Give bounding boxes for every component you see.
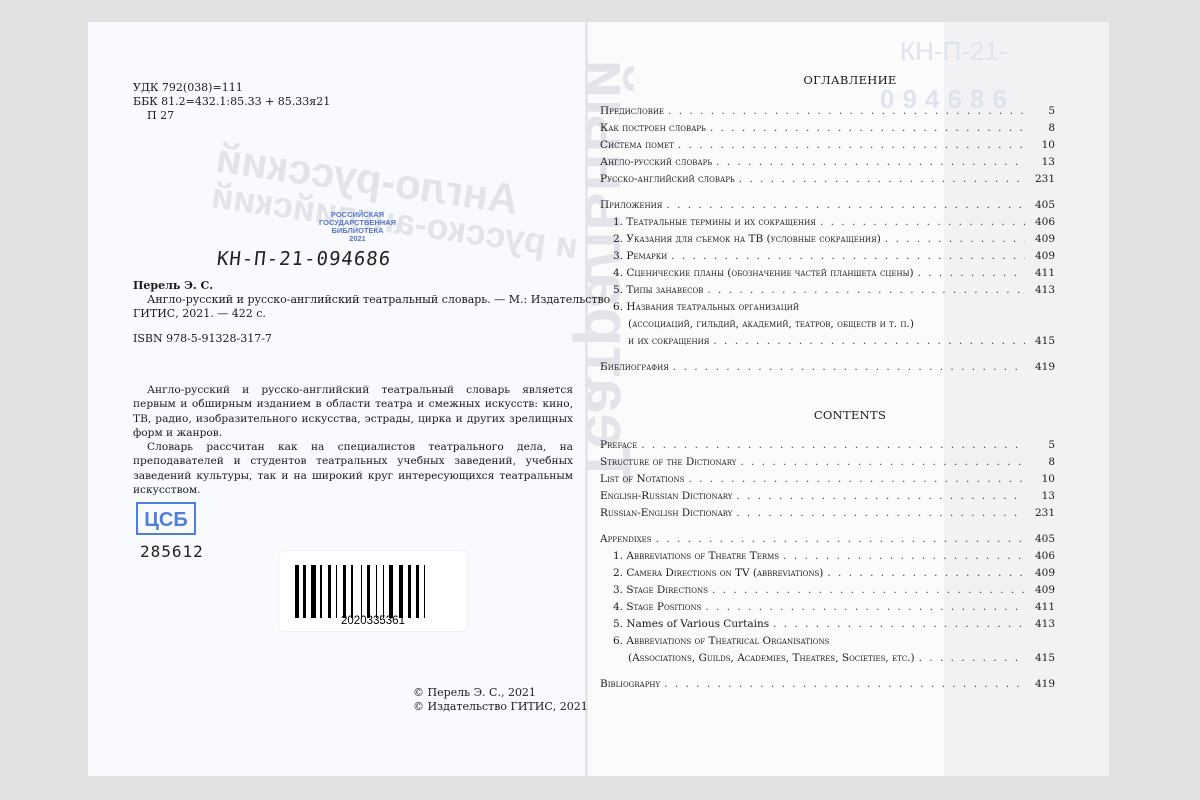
classification-codes: УДК 792(038)=111 ББК 81.2=432.1:85.33 + … — [133, 81, 330, 123]
toc-entry-page: 8 — [1029, 120, 1055, 137]
toc-entry: English-Russian Dictionary13 — [600, 488, 1055, 505]
toc-entry: List of Notations10 — [600, 471, 1055, 488]
leader-dots — [641, 437, 1025, 454]
annotation-paragraph: Англо-русский и русско-английский театра… — [133, 383, 573, 440]
toc-entry: Библиография419 — [600, 359, 1055, 376]
toc-entry-label: Англо-русский словарь — [600, 154, 712, 171]
toc-entry-label: 4. Сценические планы (обозначение частей… — [600, 265, 914, 282]
toc-entry: 4. Сценические планы (обозначение частей… — [600, 265, 1055, 282]
toc-entry: Предисловие5 — [600, 103, 1055, 120]
toc-entry-label: 2. Указания для съемок на ТВ (условные с… — [600, 231, 881, 248]
toc-entry: Система помет10 — [600, 137, 1055, 154]
toc-entry: 6. Названия театральных организаций — [600, 299, 1055, 316]
toc-entry-label: и их сокращения — [600, 333, 709, 350]
toc-en-title: CONTENTS — [600, 408, 1100, 422]
toc-entry: Приложения405 — [600, 197, 1055, 214]
toc-entry: Preface5 — [600, 437, 1055, 454]
toc-entry-label: 5. Names of Various Curtains — [600, 616, 769, 633]
toc-entry-label: Preface — [600, 437, 637, 454]
toc-entry-page: 413 — [1029, 282, 1055, 299]
leader-dots — [918, 265, 1025, 282]
toc-entry-label: Bibliography — [600, 676, 660, 693]
toc-entry-page: 409 — [1029, 248, 1055, 265]
annotation-paragraph: Словарь рассчитан как на специалистов те… — [133, 440, 573, 497]
library-stamp: РОССИЙСКАЯ ГОСУДАРСТВЕННАЯ БИБЛИОТЕКА 20… — [310, 211, 405, 243]
leader-dots — [707, 282, 1025, 299]
toc-entry-label: 5. Типы занавесов — [600, 282, 703, 299]
toc-entry-page: 231 — [1029, 505, 1055, 522]
toc-entry-page: 405 — [1029, 531, 1055, 548]
toc-entry-page: 406 — [1029, 548, 1055, 565]
toc-entry-page: 411 — [1029, 599, 1055, 616]
toc-entry-label: Structure of the Dictionary — [600, 454, 736, 471]
toc-entry: Structure of the Dictionary8 — [600, 454, 1055, 471]
author-name: Перель Э. С. — [133, 279, 610, 293]
leader-dots — [710, 120, 1025, 137]
toc-entry: Appendixes405 — [600, 531, 1055, 548]
toc-ru-title: ОГЛАВЛЕНИЕ — [600, 73, 1100, 87]
toc-entry: Русско-английский словарь231 — [600, 171, 1055, 188]
leader-dots — [666, 197, 1025, 214]
toc-entry-page: 10 — [1029, 137, 1055, 154]
toc-entry-label: Система помет — [600, 137, 674, 154]
stamp-line: 2021 — [310, 235, 405, 243]
toc-entry-page: 409 — [1029, 582, 1055, 599]
leader-dots — [739, 171, 1025, 188]
udk-code: УДК 792(038)=111 — [133, 81, 330, 95]
toc-entry-page: 409 — [1029, 231, 1055, 248]
leader-dots — [671, 248, 1025, 265]
toc-entry: (Associations, Guilds, Academies, Theatr… — [600, 650, 1055, 667]
toc-entry-label: 2. Camera Directions on TV (abbreviation… — [600, 565, 823, 582]
toc-entry-page: 5 — [1029, 103, 1055, 120]
toc-entry: 1. Театральные термины и их сокращения40… — [600, 214, 1055, 231]
csb-stamp: ЦСБ — [136, 502, 196, 535]
toc-entry-label: 3. Stage Directions — [600, 582, 708, 599]
toc-entry-label: 4. Stage Positions — [600, 599, 701, 616]
leader-dots — [705, 599, 1025, 616]
barcode-sticker: 2020335361 — [279, 551, 467, 631]
toc-entry-label: Библиография — [600, 359, 669, 376]
toc-entry-label: 1. Театральные термины и их сокращения — [600, 214, 816, 231]
toc-entry: Bibliography419 — [600, 676, 1055, 693]
toc-entry: 5. Типы занавесов413 — [600, 282, 1055, 299]
toc-entry-page: 406 — [1029, 214, 1055, 231]
toc-entry-label: 6. Abbreviations of Theatrical Organisat… — [600, 633, 829, 650]
toc-entry-label: Приложения — [600, 197, 662, 214]
bbk-code: ББК 81.2=432.1:85.33 + 85.33я21 — [133, 95, 330, 109]
copyright-line: © Издательство ГИТИС, 2021 — [413, 700, 588, 714]
bibliographic-line: Англо-русский и русско-английский театра… — [133, 293, 610, 307]
toc-entry: и их сокращения415 — [600, 333, 1055, 350]
toc-entry-page: 419 — [1029, 676, 1055, 693]
author-mark: П 27 — [133, 109, 330, 123]
toc-entry-page: 13 — [1029, 488, 1055, 505]
toc-russian: Предисловие5Как построен словарь8Система… — [600, 103, 1055, 376]
leader-dots — [919, 650, 1025, 667]
toc-entry: 1. Abbreviations of Theatre Terms406 — [600, 548, 1055, 565]
toc-entry-label: List of Notations — [600, 471, 684, 488]
isbn: ISBN 978-5-91328-317-7 — [133, 332, 272, 346]
leader-dots — [885, 231, 1025, 248]
toc-entry-page: 415 — [1029, 650, 1055, 667]
toc-entry-page: 10 — [1029, 471, 1055, 488]
leader-dots — [773, 616, 1025, 633]
annotation: Англо-русский и русско-английский театра… — [133, 383, 573, 497]
toc-entry-label: 1. Abbreviations of Theatre Terms — [600, 548, 779, 565]
toc-entry-page: 8 — [1029, 454, 1055, 471]
toc-entry: 4. Stage Positions411 — [600, 599, 1055, 616]
toc-entry-label: English-Russian Dictionary — [600, 488, 732, 505]
leader-dots — [656, 531, 1025, 548]
leader-dots — [688, 471, 1025, 488]
handwritten-inventory-number: 285612 — [140, 542, 204, 561]
toc-english: Preface5Structure of the Dictionary8List… — [600, 437, 1055, 693]
toc-entry-label: 3. Ремарки — [600, 248, 667, 265]
leader-dots — [712, 582, 1025, 599]
leader-dots — [736, 488, 1025, 505]
toc-entry: Russian-English Dictionary231 — [600, 505, 1055, 522]
toc-entry: 6. Abbreviations of Theatrical Organisat… — [600, 633, 1055, 650]
leader-dots — [827, 565, 1025, 582]
toc-entry: (ассоциаций, гильдий, академий, театров,… — [600, 316, 1055, 333]
copyright-line: © Перель Э. С., 2021 — [413, 686, 588, 700]
barcode-number: 2020335361 — [279, 615, 467, 627]
handwritten-accession-code: КН-П-21-094686 — [216, 248, 392, 270]
barcode-icon — [295, 565, 455, 618]
toc-entry: 5. Names of Various Curtains413 — [600, 616, 1055, 633]
copyright: © Перель Э. С., 2021 © Издательство ГИТИ… — [413, 686, 588, 714]
leader-dots — [783, 548, 1025, 565]
leader-dots — [716, 154, 1025, 171]
toc-entry-page: 411 — [1029, 265, 1055, 282]
toc-entry-label: Appendixes — [600, 531, 652, 548]
toc-entry-label: Русско-английский словарь — [600, 171, 735, 188]
leader-dots — [678, 137, 1025, 154]
toc-entry-label: Russian-English Dictionary — [600, 505, 732, 522]
toc-entry-page: 405 — [1029, 197, 1055, 214]
show-through-text: КН-П-21- — [900, 36, 1008, 67]
toc-entry-page: 13 — [1029, 154, 1055, 171]
toc-entry-label: Как построен словарь — [600, 120, 706, 137]
bibliographic-record: Перель Э. С. Англо-русский и русско-англ… — [133, 279, 610, 321]
toc-entry: 2. Camera Directions on TV (abbreviation… — [600, 565, 1055, 582]
toc-entry-page: 415 — [1029, 333, 1055, 350]
leader-dots — [673, 359, 1025, 376]
toc-entry: 2. Указания для съемок на ТВ (условные с… — [600, 231, 1055, 248]
toc-entry-page: 413 — [1029, 616, 1055, 633]
toc-entry: Англо-русский словарь13 — [600, 154, 1055, 171]
toc-entry-page: 231 — [1029, 171, 1055, 188]
leader-dots — [736, 505, 1025, 522]
toc-entry-label: Предисловие — [600, 103, 664, 120]
bibliographic-line: ГИТИС, 2021. — 422 с. — [133, 307, 610, 321]
toc-entry-page: 5 — [1029, 437, 1055, 454]
toc-entry: 3. Ремарки409 — [600, 248, 1055, 265]
toc-entry-label: (Associations, Guilds, Academies, Theatr… — [600, 650, 915, 667]
toc-entry: Как построен словарь8 — [600, 120, 1055, 137]
leader-dots — [713, 333, 1025, 350]
toc-entry-page: 419 — [1029, 359, 1055, 376]
toc-entry: 3. Stage Directions409 — [600, 582, 1055, 599]
leader-dots — [820, 214, 1025, 231]
toc-entry-page: 409 — [1029, 565, 1055, 582]
toc-entry-label: (ассоциаций, гильдий, академий, театров,… — [600, 316, 914, 333]
leader-dots — [668, 103, 1025, 120]
leader-dots — [740, 454, 1025, 471]
leader-dots — [664, 676, 1025, 693]
toc-entry-label: 6. Названия театральных организаций — [600, 299, 799, 316]
